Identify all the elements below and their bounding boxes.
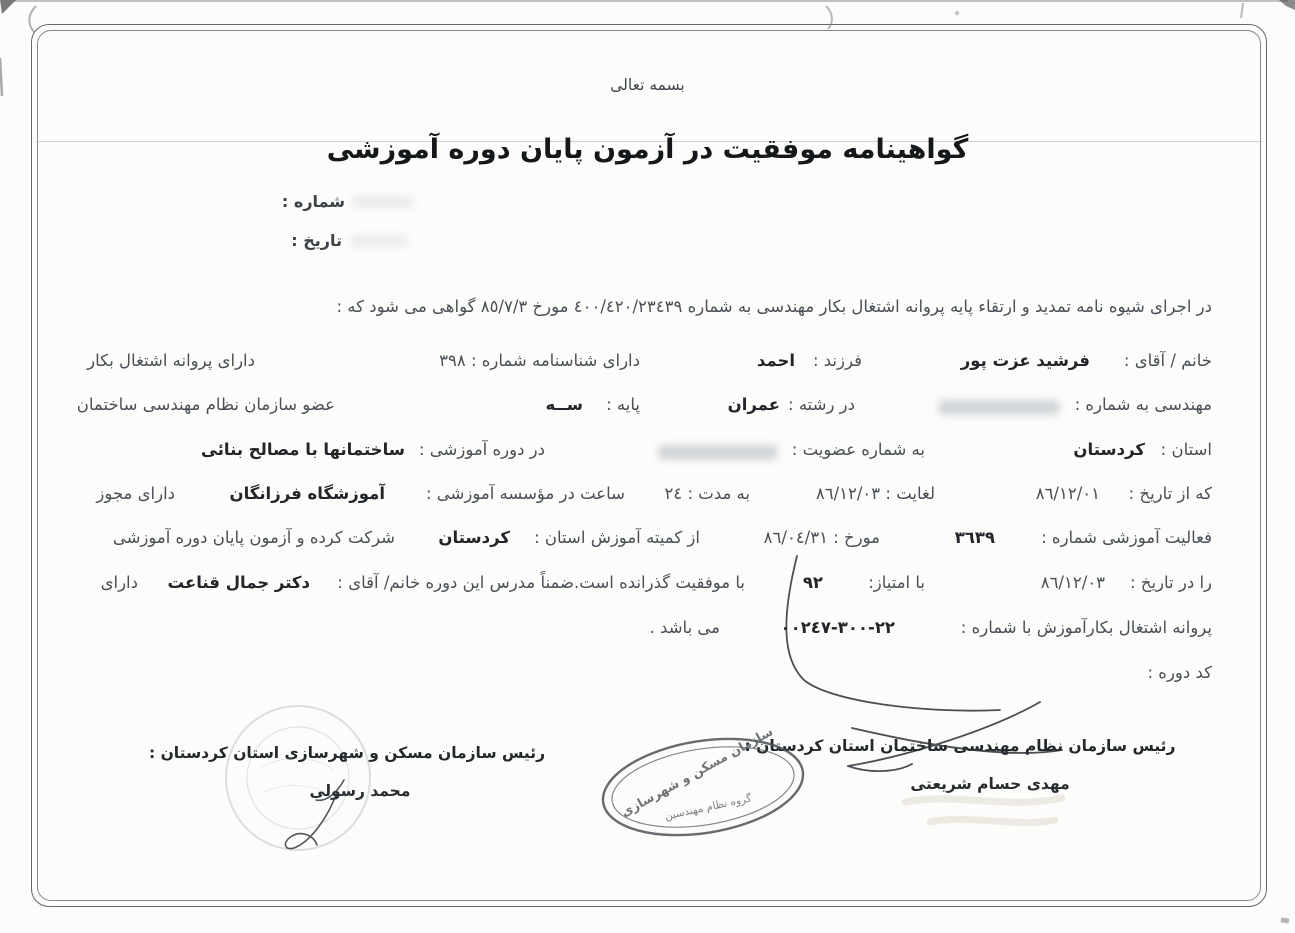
- redacted-membership-number: [658, 445, 778, 460]
- instructor-note: دارای: [101, 573, 138, 592]
- grade-label: پایه :: [606, 395, 640, 414]
- applicant-name: فرشید عزت پور: [961, 351, 1090, 370]
- id-number-field: دارای شناسنامه شماره : ٣٩٨: [439, 351, 640, 370]
- redacted-date-value: [350, 235, 408, 247]
- province-value: کردستان: [1073, 440, 1145, 459]
- bismillah: بسمه تعالی: [0, 76, 1295, 94]
- activity-number-value: ٣٦٣٩: [955, 528, 995, 547]
- certificate-title: گواهینامه موفقیت در آزمون پایان دوره آمو…: [0, 134, 1295, 165]
- institute-label: ساعت در مؤسسه آموزشی :: [426, 484, 625, 503]
- signature-name-left: محمد رسولی: [270, 782, 450, 800]
- committee-value: کردستان: [438, 528, 510, 547]
- license-note: دارای پروانه اشتغال بکار: [87, 351, 255, 370]
- permit-note: دارای مجوز: [96, 484, 175, 503]
- closing-text: می باشد .: [650, 618, 720, 637]
- score-label: با امتیاز:: [868, 573, 925, 592]
- major-value: عمران: [728, 395, 780, 414]
- activity-number-label: فعالیت آموزشی شماره :: [1041, 528, 1212, 547]
- redacted-serial-value: [352, 196, 414, 208]
- teaching-license-label: پروانه اشتغال بکارآموزش با شماره :: [961, 618, 1212, 637]
- duration-field: به مدت : ٢٤: [665, 484, 751, 503]
- signature-title-left: رئیس سازمان مسکن و شهرسازی استان کردستان…: [180, 744, 545, 762]
- province-label: استان :: [1161, 440, 1212, 459]
- score-value: ٩٢: [803, 573, 823, 592]
- committee-label: از کمیته آموزش استان :: [534, 528, 700, 547]
- applicant-label: خانم / آقای :: [1124, 351, 1212, 370]
- membership-number-label: به شماره عضویت :: [792, 440, 925, 459]
- license-number-label: مهندسی به شماره :: [1075, 395, 1212, 414]
- from-date-label: که از تاریخ :: [1129, 484, 1212, 503]
- issue-date-label: تاریخ :: [291, 231, 342, 250]
- membership-note: عضو سازمان نظام مهندسی ساختمان: [77, 395, 335, 414]
- teaching-license-number: ٢٢-٣٠٠-٠٠٢٤٧: [781, 618, 895, 637]
- serial-number-label: شماره :: [282, 192, 345, 211]
- from-date-value: ٨٦/١٢/٠١: [1036, 484, 1100, 503]
- major-label: در رشته :: [788, 395, 855, 414]
- exam-note: شرکت کرده و آزمون پایان دوره آموزشی: [113, 528, 395, 547]
- father-name: احمد: [757, 351, 795, 370]
- course-value: ساختمانها با مصالح بنائی: [201, 440, 405, 459]
- certificate-scan: بسمه تعالی گواهینامه موفقیت در آزمون پای…: [0, 0, 1295, 933]
- redacted-license-number: [938, 400, 1060, 415]
- grade-value: ســه: [545, 395, 583, 414]
- signature-title-right: رئیس سازمان نظام مهندسی ساختمان استان کر…: [735, 737, 1185, 755]
- instructor-name: دکتر جمال قناعت: [168, 573, 311, 592]
- pass-note: با موفقیت گذرانده است.ضمناً مدرس این دور…: [337, 573, 745, 592]
- exam-date-label: را در تاریخ :: [1130, 573, 1212, 592]
- course-label: در دوره آموزشی :: [419, 440, 545, 459]
- exam-date-value: ٨٦/١٢/٠٣: [1041, 573, 1105, 592]
- signature-name-right: مهدی حسام شریعتی: [850, 775, 1130, 793]
- intro-paragraph: در اجرای شیوه نامه تمدید و ارتقاء پایه پ…: [337, 297, 1213, 316]
- activity-date-field: مورخ : ٨٦/٠٤/٣١: [764, 528, 880, 547]
- father-label: فرزند :: [813, 351, 862, 370]
- course-code-label: کد دوره :: [1148, 663, 1213, 682]
- institute-value: آموزشگاه فرزانگان: [229, 484, 385, 503]
- to-date-field: لغایت : ٨٦/١٢/٠٣: [816, 484, 935, 503]
